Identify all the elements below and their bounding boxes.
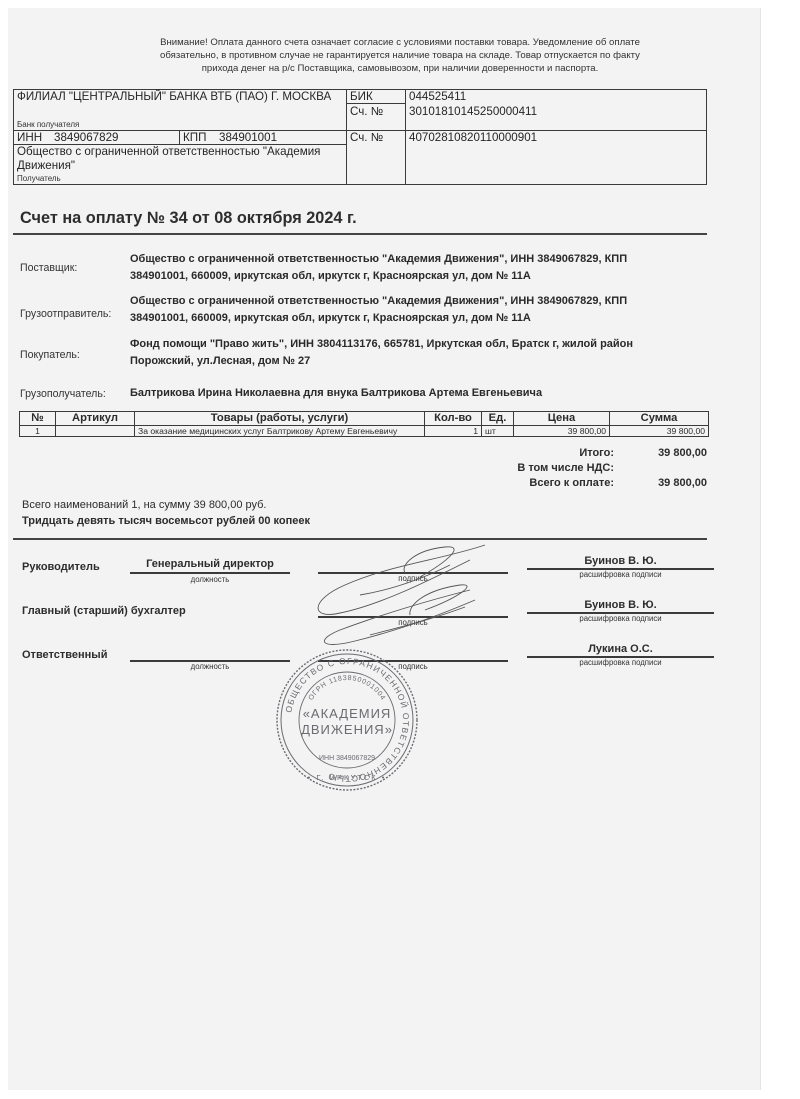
- col-header-goods: Товары (работы, услуги): [135, 412, 425, 426]
- payment-notice: Внимание! Оплата данного счета означает …: [100, 36, 700, 75]
- shipper-value: Общество с ограниченной ответственностью…: [130, 293, 690, 327]
- handwritten-signature-icon: [300, 535, 500, 655]
- corr-account-value: 30101810145250000411: [409, 105, 537, 118]
- row-qty: 1: [425, 426, 482, 437]
- recipient-caption: Получатель: [17, 174, 61, 183]
- company-stamp-icon: ОБЩЕСТВО С ОГРАНИЧЕННОЙ ОТВЕТСТВЕННОСТЬЮ…: [266, 648, 428, 793]
- kpp-label: КПП: [183, 131, 206, 144]
- buyer-line: Фонд помощи "Право жить", ИНН 3804113176…: [130, 336, 690, 353]
- bank-name: ФИЛИАЛ "ЦЕНТРАЛЬНЫЙ" БАНКА ВТБ (ПАО) Г. …: [17, 90, 331, 103]
- svg-text:• Г. ИРКУТСК •: • Г. ИРКУТСК •: [308, 773, 387, 782]
- row-unit: шт: [482, 426, 514, 437]
- kpp-value: 384901001: [219, 131, 277, 144]
- total-label: Итого:: [579, 447, 614, 459]
- position-caption: должность: [130, 575, 290, 584]
- accountant-role: Главный (старший) бухгалтер: [22, 605, 186, 617]
- name-caption: расшифровка подписи: [527, 614, 714, 623]
- account-value: 40702810820110000901: [409, 131, 537, 144]
- director-name: Буинов В. Ю.: [527, 555, 714, 567]
- row-article: [56, 426, 135, 437]
- account-label: Сч. №: [350, 131, 383, 144]
- bik-value: 044525411: [409, 90, 466, 103]
- invoice-title: Счет на оплату № 34 от 08 октября 2024 г…: [20, 209, 357, 228]
- shipper-label: Грузоотправитель:: [20, 308, 111, 320]
- total-value: 39 800,00: [658, 447, 707, 459]
- responsible-name: Лукина О.С.: [527, 643, 714, 655]
- corr-account-label: Сч. №: [350, 105, 383, 118]
- recipient-name: Общество с ограниченной ответственностью…: [17, 145, 320, 158]
- notice-line: Внимание! Оплата данного счета означает …: [100, 36, 700, 49]
- row-num: 1: [20, 426, 56, 437]
- supplier-label: Поставщик:: [20, 262, 77, 274]
- col-header-sum: Сумма: [610, 412, 709, 426]
- col-header-qty: Кол-во: [425, 412, 482, 426]
- bik-label: БИК: [350, 90, 373, 103]
- director-position: Генеральный директор: [130, 558, 290, 570]
- vat-label: В том числе НДС:: [517, 462, 614, 474]
- title-divider: [13, 233, 707, 235]
- col-header-price: Цена: [514, 412, 610, 426]
- goods-table: № Артикул Товары (работы, услуги) Кол-во…: [19, 411, 709, 437]
- buyer-label: Покупатель:: [20, 349, 80, 361]
- name-caption: расшифровка подписи: [527, 570, 714, 579]
- supplier-line: Общество с ограниченной ответственностью…: [130, 251, 690, 268]
- inn-value: 3849067829: [54, 131, 118, 144]
- col-header-num: №: [20, 412, 56, 426]
- amount-in-words: Тридцать девять тысяч восемьсот рублей 0…: [22, 515, 310, 527]
- bank-details-table: ФИЛИАЛ "ЦЕНТРАЛЬНЫЙ" БАНКА ВТБ (ПАО) Г. …: [13, 89, 707, 185]
- buyer-value: Фонд помощи "Право жить", ИНН 3804113176…: [130, 336, 690, 370]
- row-price: 39 800,00: [514, 426, 610, 437]
- table-row: 1 За оказание медицинских услуг Балтрико…: [20, 426, 709, 437]
- buyer-line: Порожский, ул.Лесная, дом № 27: [130, 353, 690, 370]
- svg-text:«АКАДЕМИЯ: «АКАДЕМИЯ: [303, 706, 392, 721]
- shipper-line: Общество с ограниченной ответственностью…: [130, 293, 690, 310]
- amount-due-label: Всего к оплате:: [529, 477, 614, 489]
- row-sum: 39 800,00: [610, 426, 709, 437]
- amount-due-value: 39 800,00: [658, 477, 707, 489]
- name-caption: расшифровка подписи: [527, 658, 714, 667]
- notice-line: прихода денег на р/с Поставщика, самовыв…: [100, 62, 700, 75]
- svg-text:ДВИЖЕНИЯ»: ДВИЖЕНИЯ»: [301, 722, 393, 737]
- director-position-line: [130, 572, 290, 574]
- svg-text:ИНН 3849067829: ИНН 3849067829: [319, 755, 375, 762]
- col-header-article: Артикул: [56, 412, 135, 426]
- director-role: Руководитель: [22, 561, 100, 573]
- recipient-name-cont: Движения": [17, 159, 75, 172]
- supplier-value: Общество с ограниченной ответственностью…: [130, 251, 690, 285]
- row-goods-name: За оказание медицинских услуг Балтрикову…: [135, 426, 425, 437]
- consignee-label: Грузополучатель:: [20, 388, 106, 400]
- svg-text:ОГРН 1183850001004: ОГРН 1183850001004: [308, 675, 387, 702]
- table-header-row: № Артикул Товары (работы, услуги) Кол-во…: [20, 412, 709, 426]
- consignee-value: Балтрикова Ирина Николаевна для внука Ба…: [130, 385, 690, 402]
- inn-label: ИНН: [17, 131, 42, 144]
- shipper-line: 384901001, 660009, иркутская обл, иркутс…: [130, 310, 690, 327]
- notice-line: обязательно, в противном случае не гаран…: [100, 49, 700, 62]
- page-edge: [760, 8, 761, 1090]
- responsible-role: Ответственный: [22, 649, 107, 661]
- bank-caption: Банк получателя: [17, 120, 79, 129]
- supplier-line: 384901001, 660009, иркутская обл, иркутс…: [130, 268, 690, 285]
- items-count-summary: Всего наименований 1, на сумму 39 800,00…: [22, 499, 267, 511]
- col-header-unit: Ед.: [482, 412, 514, 426]
- accountant-name: Буинов В. Ю.: [527, 599, 714, 611]
